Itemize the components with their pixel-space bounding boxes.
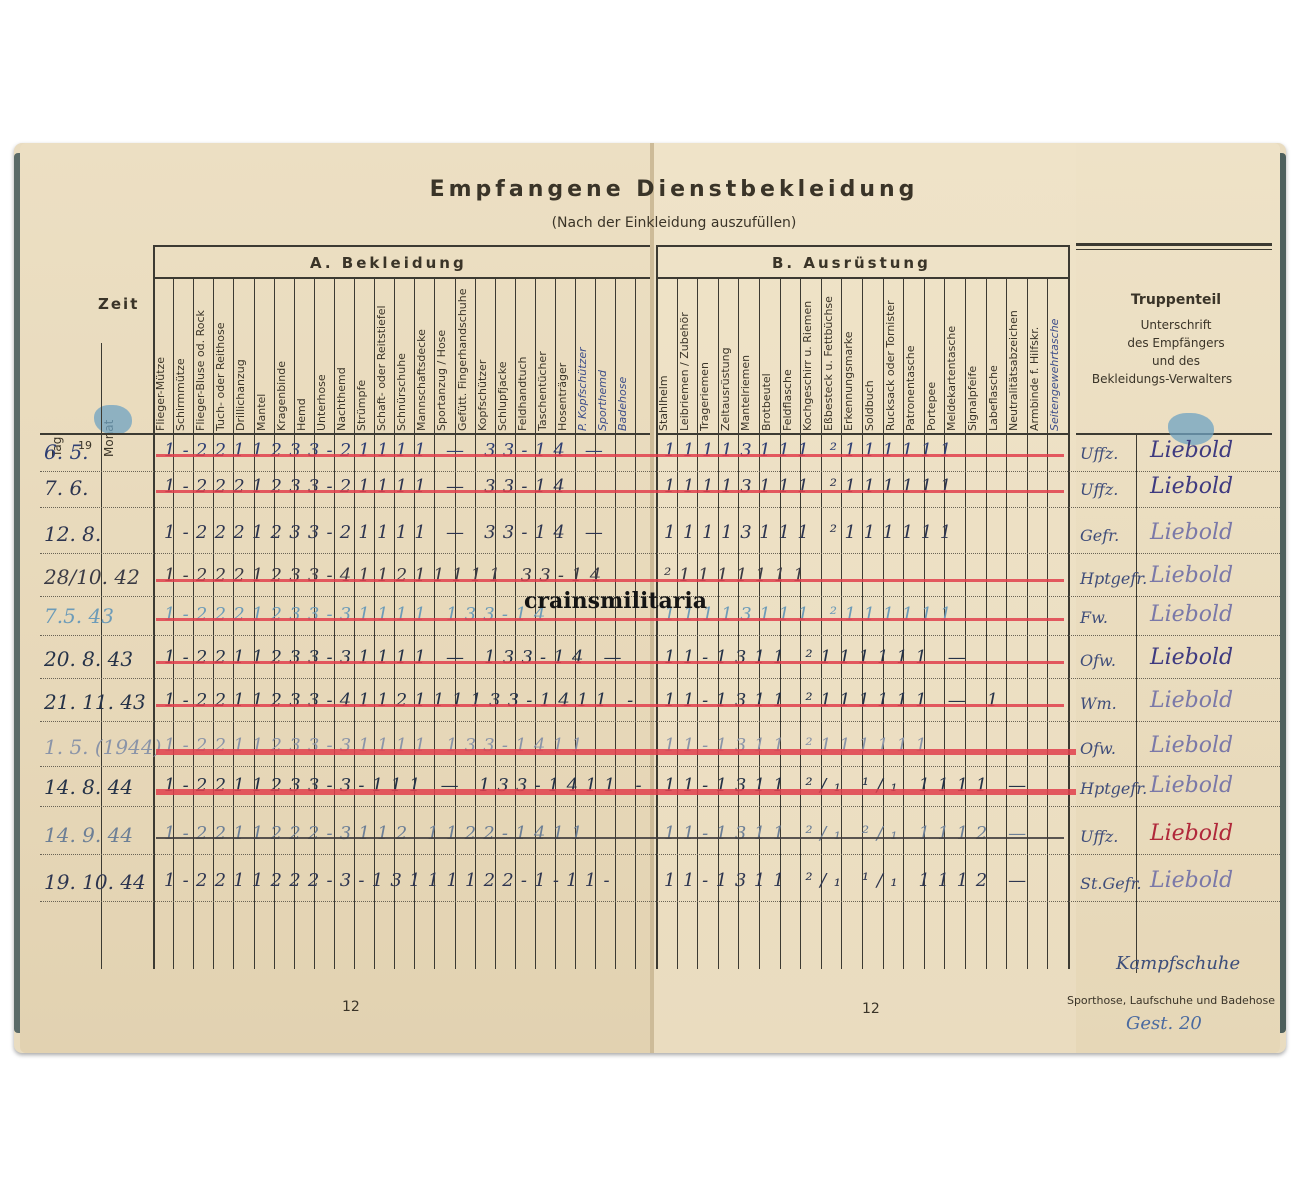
row-ausruestung-values: 11-1311 ²111111 — xyxy=(664,647,973,668)
column-header: Gefütt. Fingerhandschuhe xyxy=(455,261,473,431)
row-rank: Hptgefr. xyxy=(1080,569,1147,588)
row-signature: Liebold xyxy=(1150,563,1233,588)
column-header: Strümpfe xyxy=(354,261,372,431)
ink-stain xyxy=(94,405,132,435)
truppenteil-label: Truppenteil xyxy=(1076,290,1276,310)
column-header-label: Seitengewehrtasche xyxy=(1048,319,1061,431)
row-rank: St.Gefr. xyxy=(1080,874,1142,893)
unterschrift-line-2: des Empfängers xyxy=(1076,333,1276,353)
row-date: 12. 8. xyxy=(44,522,101,546)
column-header-label: Zeltausrüstung xyxy=(719,347,732,431)
column-header: Schaft- oder Reitstiefel xyxy=(374,261,392,431)
row-ausruestung-values: 11-1311 ²111111 — 1 xyxy=(664,690,1006,711)
zeit-label: Zeit xyxy=(98,295,139,313)
column-header-label: Unterhose xyxy=(315,374,328,431)
table-row: 21. 11. 431-2211233-4112111133-1411 -11-… xyxy=(14,686,1286,722)
column-header-label: Kochgeschirr u. Riemen xyxy=(801,301,814,431)
row-date: 6. 5. xyxy=(44,440,89,464)
column-header: Armbinde f. Hilfskr. xyxy=(1027,261,1045,431)
row-ausruestung-values: 11-1311 ²/₁ ²/₁ 1112 — xyxy=(664,823,1034,844)
column-header-label: Schnürschuhe xyxy=(395,353,408,431)
watermark: crainsmilitaria xyxy=(524,588,707,614)
row-rank: Hptgefr. xyxy=(1080,779,1147,798)
row-signature: Liebold xyxy=(1150,821,1233,846)
row-bekleidung-values: 1-2211222-3-13111122-1-11- xyxy=(164,870,617,891)
row-dotted-rule xyxy=(40,854,1280,855)
column-header: Schirmmütze xyxy=(173,261,191,431)
column-header: Drillichanzug xyxy=(233,261,251,431)
row-rank: Fw. xyxy=(1080,608,1108,627)
row-ausruestung-values: 11113111 ²111111 xyxy=(664,440,959,461)
row-bekleidung-values: 1-2221233-411211111 33-14 xyxy=(164,565,608,586)
row-date: 7. 6. xyxy=(44,476,89,500)
column-header: Feldhandtuch xyxy=(515,261,533,431)
column-header-label: Neutralitätsabzeichen xyxy=(1007,310,1020,431)
column-header-label: Hemd xyxy=(295,398,308,431)
column-header: Schlupfjacke xyxy=(495,261,513,431)
row-rank: Uffz. xyxy=(1080,444,1118,463)
row-ausruestung-values: 11113111 ²111111 xyxy=(664,604,959,625)
column-header-label: Taschentücher xyxy=(536,351,549,431)
column-header: Soldbuch xyxy=(862,261,880,431)
column-header-label: Feldhandtuch xyxy=(516,356,529,431)
handwritten-gest: Gest. 20 xyxy=(1126,1013,1202,1034)
table-row: 6. 5.1-2211233-21111 — 33-14 —11113111 ²… xyxy=(14,436,1286,472)
column-header: Brotbeutel xyxy=(759,261,777,431)
page-number-left: 12 xyxy=(342,999,360,1015)
row-signature: Liebold xyxy=(1150,773,1233,798)
column-header-label: Meldekartentasche xyxy=(945,326,958,431)
row-dotted-rule xyxy=(40,721,1280,722)
table-row: 12. 8.1-2221233-21111 — 33-14 —11113111 … xyxy=(14,518,1286,554)
table-row: 7. 6.1-2221233-21111 — 33-1411113111 ²11… xyxy=(14,472,1286,508)
row-bekleidung-values: 1-2211233-4112111133-1411 - xyxy=(164,690,640,711)
column-header: Mantelriemen xyxy=(738,261,756,431)
column-header: Schnürschuhe xyxy=(394,261,412,431)
column-header-label: Drillichanzug xyxy=(234,359,247,431)
column-header: Patronentasche xyxy=(903,261,921,431)
column-header: Trageriemen xyxy=(697,261,715,431)
footer-note: Sporthose, Laufschuhe und Badehose xyxy=(1056,991,1286,1011)
row-dotted-rule xyxy=(40,766,1280,767)
page-number-middle: 12 xyxy=(862,1001,880,1017)
row-ausruestung-values: 11113111 ²111111 xyxy=(664,476,959,497)
row-rank: Uffz. xyxy=(1080,827,1118,846)
row-dotted-rule xyxy=(40,635,1280,636)
middle-page: B. Ausrüstung StahlhelmLeibriemen / Zube… xyxy=(652,143,1076,1053)
column-header: Kochgeschirr u. Riemen xyxy=(800,261,818,431)
row-rank: Ofw. xyxy=(1080,739,1116,758)
document-title: Empfangene Dienstbekleidung xyxy=(394,177,954,202)
strikethrough-line xyxy=(156,618,1064,621)
right-page: Truppenteil Unterschrift des Empfängers … xyxy=(1076,143,1280,1053)
row-signature: Liebold xyxy=(1150,645,1233,670)
column-header: Kragenbinde xyxy=(274,261,292,431)
column-header-label: Portepee xyxy=(925,382,938,431)
row-bekleidung-values: 1-2221233-21111 — 33-14 — xyxy=(164,522,610,543)
row-signature: Liebold xyxy=(1150,520,1233,545)
row-date: 7.5. 43 xyxy=(44,604,114,628)
row-signature: Liebold xyxy=(1150,688,1233,713)
column-header-label: Armbinde f. Hilfskr. xyxy=(1028,327,1041,431)
table-row: 1. 5. (1944)1-2211233-31111 133-141111-1… xyxy=(14,731,1286,767)
strikethrough-line xyxy=(156,749,1076,755)
column-header: Zeltausrüstung xyxy=(718,261,736,431)
column-header-label: Brotbeutel xyxy=(760,373,773,431)
strikethrough-line xyxy=(156,789,1076,795)
column-header: Hemd xyxy=(294,261,312,431)
row-signature: Liebold xyxy=(1150,602,1233,627)
column-header-label: Labeflasche xyxy=(987,365,1000,431)
row-date: 14. 9. 44 xyxy=(44,823,133,847)
column-header: P. Kopfschützer xyxy=(575,261,593,431)
row-date: 28/10. 42 xyxy=(44,565,140,589)
column-header-label: Stahlhelm xyxy=(657,375,670,431)
rule-section-top-b xyxy=(656,245,1068,247)
row-rank: Wm. xyxy=(1080,694,1117,713)
document-subtitle: (Nach der Einkleidung auszufüllen) xyxy=(394,215,954,231)
column-header: Taschentücher xyxy=(535,261,553,431)
row-dotted-rule xyxy=(40,678,1280,679)
column-header-label: Schlupfjacke xyxy=(496,362,509,431)
column-header: Sportanzug / Hose xyxy=(434,261,452,431)
table-row: 14. 8. 441-2211233-3-111 — 133-1411 -11-… xyxy=(14,771,1286,807)
strikethrough-line xyxy=(156,837,1064,839)
column-header: Meldekartentasche xyxy=(944,261,962,431)
row-bekleidung-values: 1-2221233-21111 — 33-14 xyxy=(164,476,572,497)
row-rank: Gefr. xyxy=(1080,526,1119,545)
row-signature: Liebold xyxy=(1150,733,1233,758)
row-ausruestung-values: 11113111 ²111111 xyxy=(664,522,959,543)
row-ausruestung-values: ²1111111 xyxy=(664,565,812,586)
unterschrift-line-1: Unterschrift xyxy=(1076,315,1276,335)
column-header: Stahlhelm xyxy=(656,261,674,431)
row-signature: Liebold xyxy=(1150,438,1233,463)
column-header-label: Soldbuch xyxy=(863,380,876,431)
column-header-label: Leibriemen / Zubehör xyxy=(678,312,691,431)
column-header: Flieger-Mütze xyxy=(153,261,171,431)
column-header-label: Kopfschützer xyxy=(476,360,489,431)
column-header-label: Eßbesteck u. Fettbüchse xyxy=(822,296,835,431)
column-header: Erkennungsmarke xyxy=(841,261,859,431)
column-header-label: Flieger-Bluse od. Rock xyxy=(194,310,207,431)
strikethrough-line xyxy=(156,454,1064,457)
column-header: Badehose xyxy=(615,261,633,431)
column-header: Feldflasche xyxy=(780,261,798,431)
row-dotted-rule xyxy=(40,806,1280,807)
row-signature: Liebold xyxy=(1150,868,1233,893)
strikethrough-line xyxy=(156,661,1064,664)
row-ausruestung-values: 11-1311 ²/₁ ¹/₁ 1112 — xyxy=(664,870,1034,891)
row-bekleidung-values: 1-2211233-31111 — 133-14 — xyxy=(164,647,629,668)
column-header-label: Signalpfeife xyxy=(966,366,979,431)
table-row: 14. 9. 441-2211222-3112 1122-141111-1311… xyxy=(14,819,1286,855)
column-header: Sporthemd xyxy=(595,261,613,431)
column-header: Hosenträger xyxy=(555,261,573,431)
column-header: Kopfschützer xyxy=(475,261,493,431)
column-header: Portepee xyxy=(924,261,942,431)
strikethrough-line xyxy=(156,490,1064,493)
column-header-label: Badehose xyxy=(616,377,629,431)
column-header-label: Trageriemen xyxy=(698,362,711,431)
table-row: 20. 8. 431-2211233-31111 — 133-14 —11-13… xyxy=(14,643,1286,679)
row-rank: Uffz. xyxy=(1080,480,1118,499)
column-header-label: Strümpfe xyxy=(355,380,368,431)
column-header-label: Mantelriemen xyxy=(739,355,752,431)
row-date: 1. 5. (1944) xyxy=(44,735,161,759)
column-header-label: Flieger-Mütze xyxy=(154,357,167,431)
unterschrift-line-4: Bekleidungs-Verwalters xyxy=(1062,369,1262,389)
row-rank: Ofw. xyxy=(1080,651,1116,670)
column-header-label: Tuch- oder Reithose xyxy=(214,323,227,432)
column-header-label: Schaft- oder Reitstiefel xyxy=(375,305,388,431)
row-date: 21. 11. 43 xyxy=(44,690,146,714)
unterschrift-line-3: und des xyxy=(1076,351,1276,371)
column-header-label: Schirmmütze xyxy=(174,358,187,431)
row-bekleidung-values: 1-2211222-3112 1122-1411 xyxy=(164,823,590,844)
rule-c-top xyxy=(1076,243,1272,246)
table-row: 19. 10. 441-2211222-3-13111122-1-11-11-1… xyxy=(14,866,1286,902)
column-header-label: Hosenträger xyxy=(556,363,569,431)
column-header: Mantel xyxy=(254,261,272,431)
rule-header-bottom xyxy=(40,433,656,435)
column-header: Seitengewehrtasche xyxy=(1047,261,1065,431)
column-header: Nachthemd xyxy=(334,261,352,431)
column-header: Tuch- oder Reithose xyxy=(213,261,231,431)
column-header: Mannschaftsdecke xyxy=(414,261,432,431)
handwritten-kampfschuhe: Kampfschuhe xyxy=(1116,953,1240,974)
column-header: Eßbesteck u. Fettbüchse xyxy=(821,261,839,431)
column-header: Leibriemen / Zubehör xyxy=(677,261,695,431)
column-header: Unterhose xyxy=(314,261,332,431)
column-header: Flieger-Bluse od. Rock xyxy=(193,261,211,431)
column-header: Signalpfeife xyxy=(965,261,983,431)
row-date: 19. 10. 44 xyxy=(44,870,146,894)
column-header-label: Patronentasche xyxy=(904,346,917,432)
row-dotted-rule xyxy=(40,553,1280,554)
row-date: 20. 8. 43 xyxy=(44,647,133,671)
open-booklet: Zeit Tag Monat 19 A. Bekleidung Flieger-… xyxy=(14,143,1286,1053)
row-bekleidung-values: 1-2221233-31111 133-14 xyxy=(164,604,553,625)
column-header-label: Rucksack oder Tornister xyxy=(884,300,897,431)
column-header-label: Feldflasche xyxy=(781,369,794,431)
column-header-label: Mannschaftsdecke xyxy=(415,329,428,431)
row-date: 14. 8. 44 xyxy=(44,775,133,799)
row-bekleidung-values: 1-2211233-21111 — 33-14 — xyxy=(164,440,610,461)
row-dotted-rule xyxy=(40,507,1280,508)
strikethrough-line xyxy=(156,704,1064,707)
column-header-label: Erkennungsmarke xyxy=(842,331,855,431)
column-header-label: Sportanzug / Hose xyxy=(435,330,448,431)
column-header-label: Kragenbinde xyxy=(275,361,288,431)
rule-c-top2 xyxy=(1076,249,1272,250)
column-header: Rucksack oder Tornister xyxy=(883,261,901,431)
rule-section-top xyxy=(153,245,656,247)
column-header-label: Mantel xyxy=(255,394,268,431)
column-header: Labeflasche xyxy=(986,261,1004,431)
column-header-label: Sporthemd xyxy=(596,370,609,431)
strikethrough-line xyxy=(156,579,1064,582)
column-header-label: Nachthemd xyxy=(335,367,348,431)
column-header-label: P. Kopfschützer xyxy=(576,347,589,431)
row-dotted-rule xyxy=(40,901,1280,902)
column-header: Neutralitätsabzeichen xyxy=(1006,261,1024,431)
row-signature: Liebold xyxy=(1150,474,1233,499)
column-header-label: Gefütt. Fingerhandschuhe xyxy=(456,288,469,431)
